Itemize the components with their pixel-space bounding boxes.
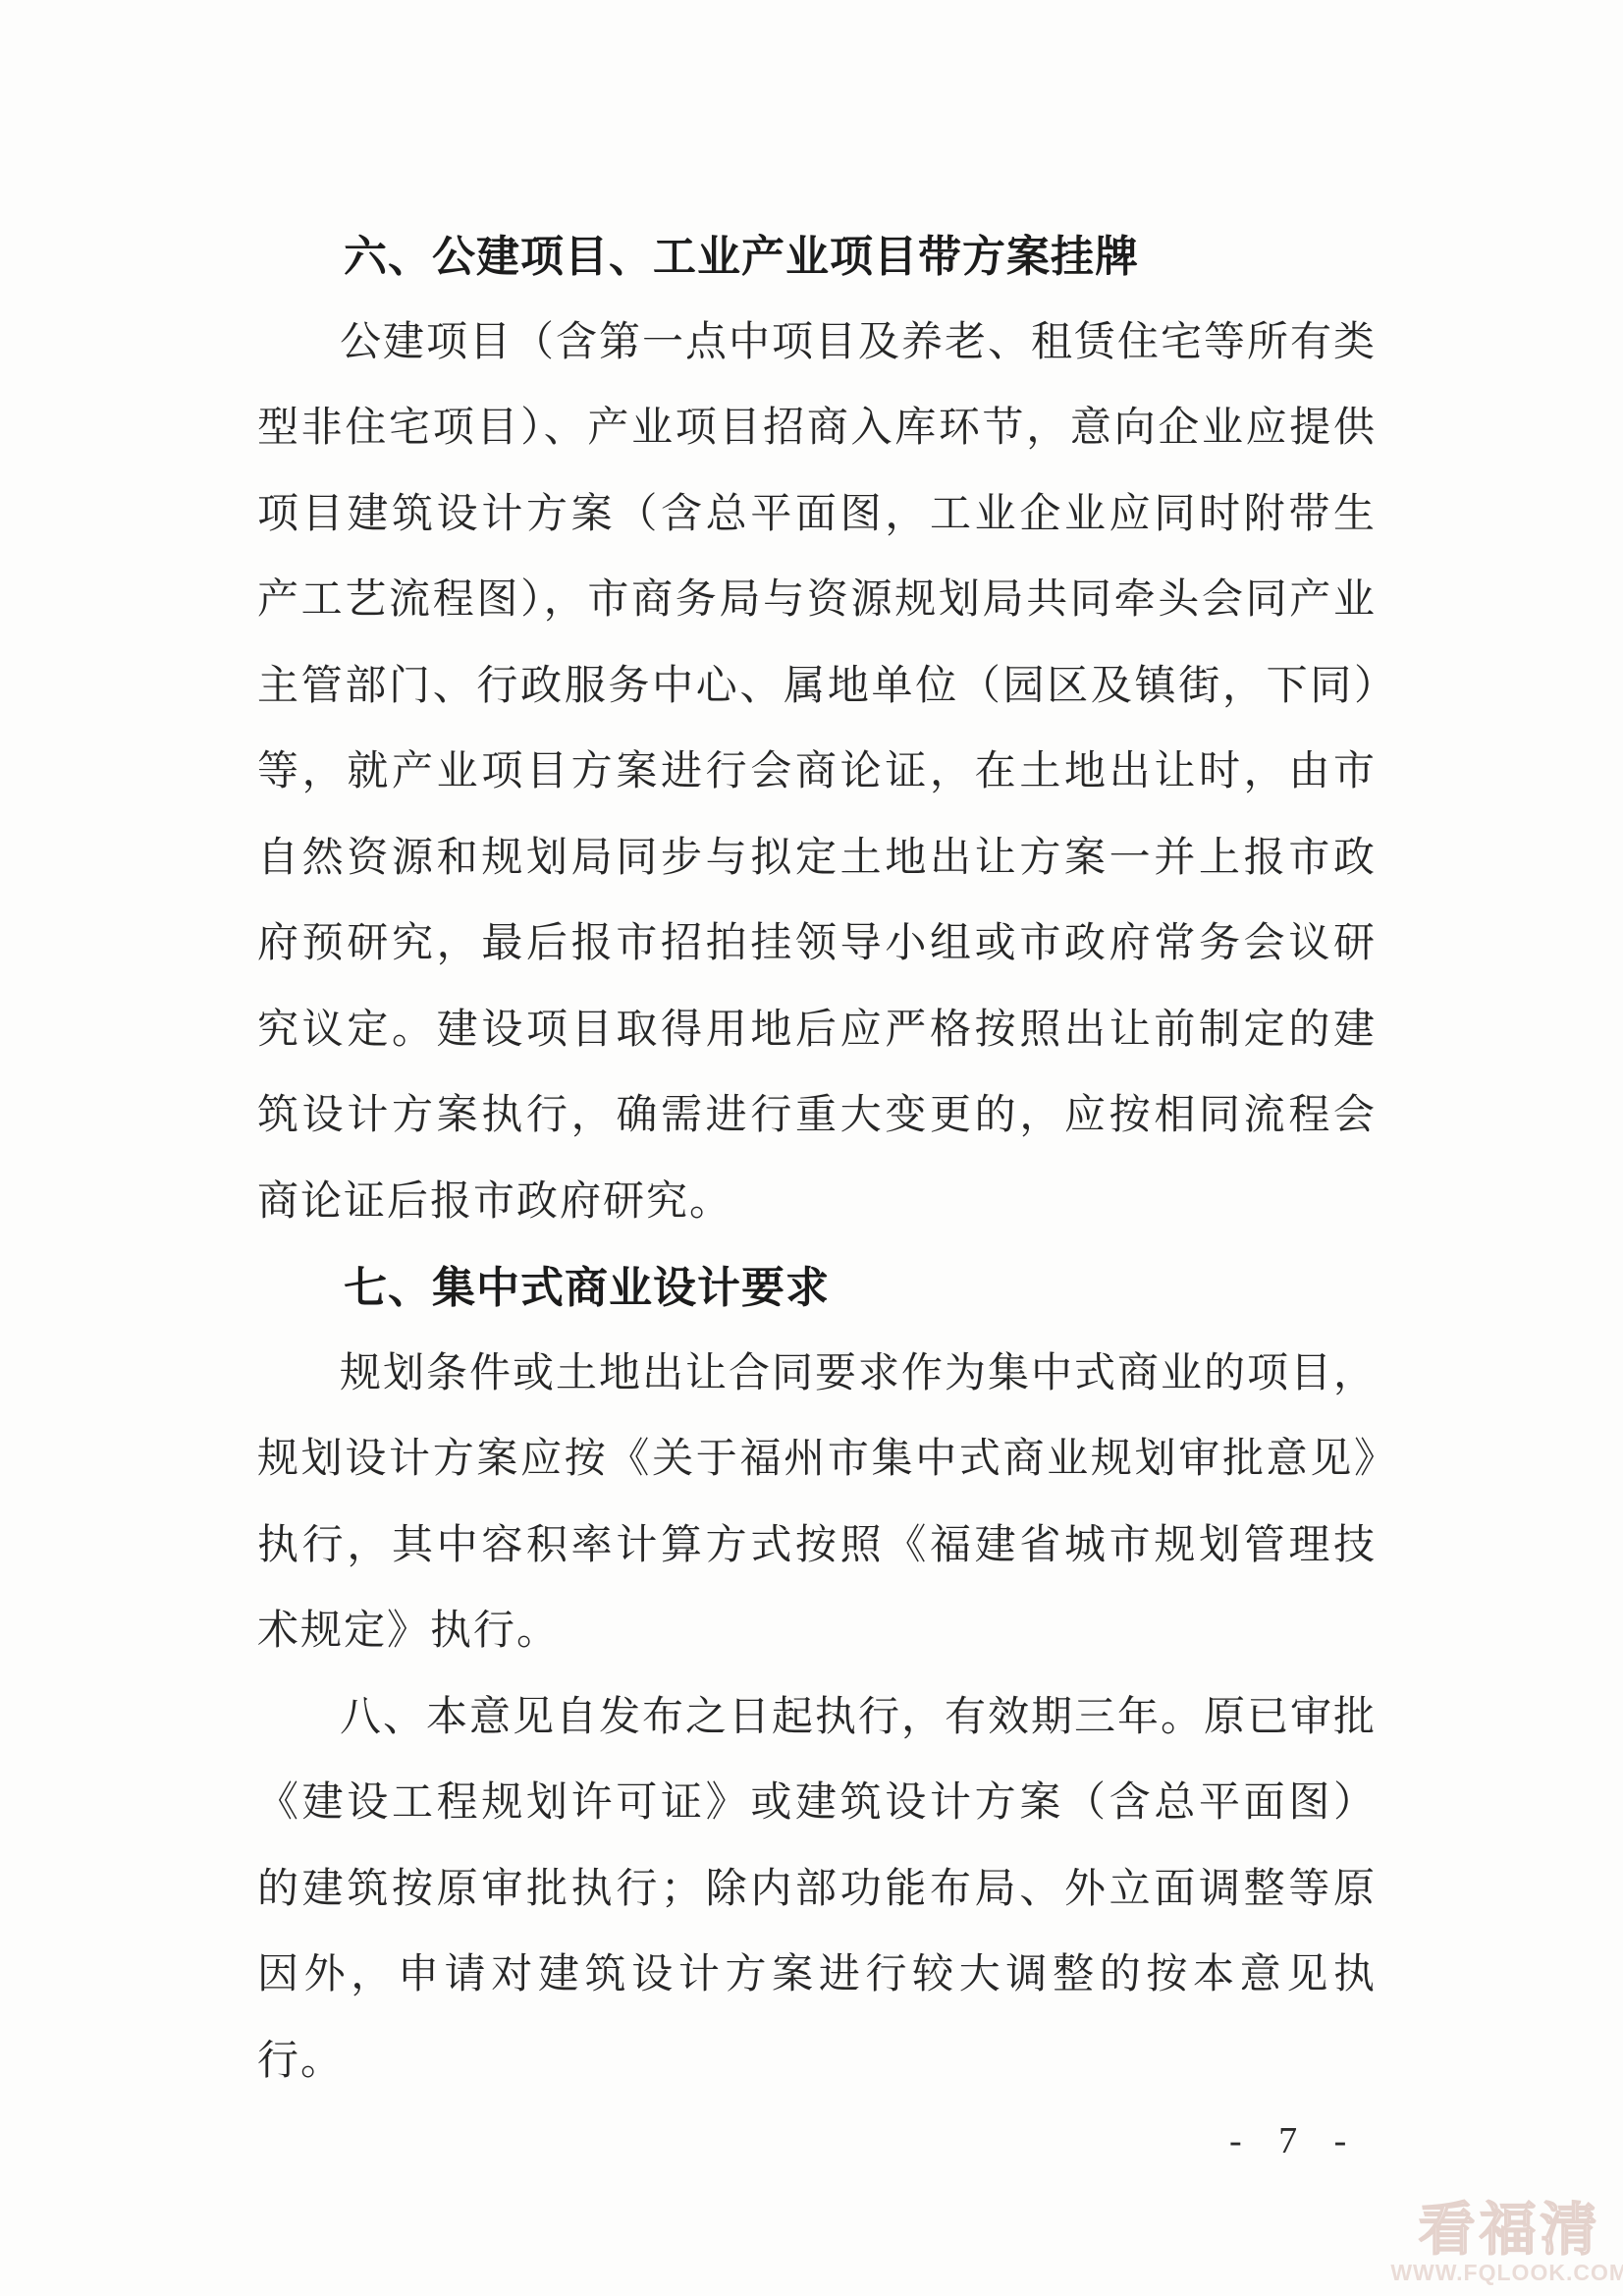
page-number: - 7 - bbox=[1229, 2119, 1360, 2162]
watermark-url: WWW.FQLOOK.COM bbox=[1390, 2261, 1623, 2284]
section-heading-6: 六、公建项目、工业产业项目带方案挂牌 bbox=[257, 214, 1377, 301]
section-7-paragraph: 规划条件或土地出让合同要求作为集中式商业的项目，规划设计方案应按《关于福州市集中… bbox=[257, 1332, 1377, 1675]
document-page: 六、公建项目、工业产业项目带方案挂牌 公建项目（含第一点中项目及养老、租赁住宅等… bbox=[0, 0, 1623, 2296]
document-body: 六、公建项目、工业产业项目带方案挂牌 公建项目（含第一点中项目及养老、租赁住宅等… bbox=[257, 214, 1377, 2105]
watermark: 看福清 WWW.FQLOOK.COM bbox=[1390, 2201, 1623, 2284]
watermark-title: 看福清 bbox=[1390, 2201, 1623, 2261]
section-6-paragraph: 公建项目（含第一点中项目及养老、租赁住宅等所有类型非住宅项目）、产业项目招商入库… bbox=[257, 301, 1377, 1246]
section-heading-7: 七、集中式商业设计要求 bbox=[257, 1245, 1377, 1332]
section-8-paragraph: 八、本意见自发布之日起执行，有效期三年。原已审批《建设工程规划许可证》或建筑设计… bbox=[257, 1675, 1377, 2105]
